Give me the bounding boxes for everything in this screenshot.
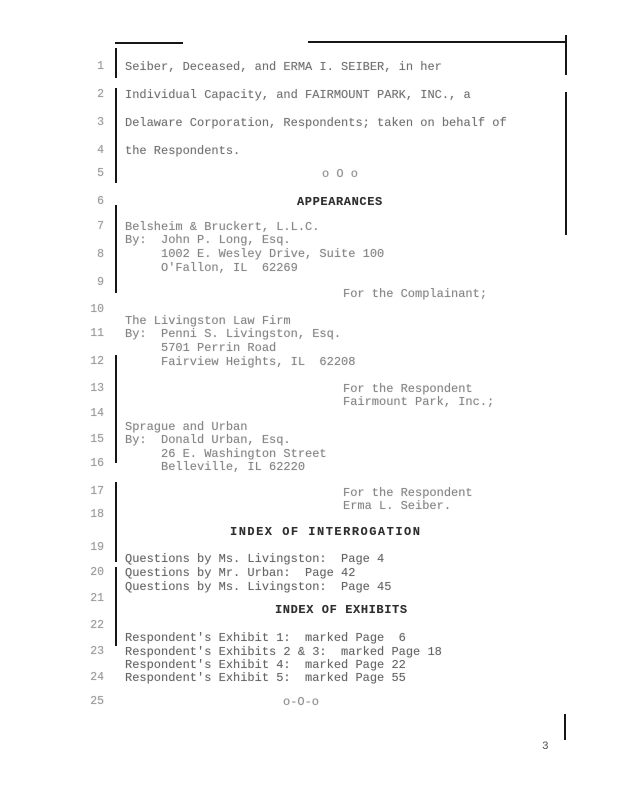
line-number: 19 (82, 542, 104, 554)
index-interrogation-heading: INDEX OF INTERROGATION (230, 526, 421, 538)
line-number: 13 (82, 383, 104, 395)
line-number: 20 (82, 567, 104, 579)
line-number: 7 (82, 221, 104, 233)
counsel-address: 26 E. Washington Street (125, 448, 327, 460)
counsel-address: Belleville, IL 62220 (125, 461, 305, 473)
counsel-address: 5701 Perrin Road (125, 342, 276, 354)
line-number: 15 (82, 434, 104, 446)
line-number: 6 (82, 196, 104, 208)
interrogation-entry: Questions by Ms. Livingston: Page 4 (125, 553, 384, 565)
right-border-rule-a (565, 35, 567, 75)
line-number: 4 (82, 145, 104, 157)
caption-line: the Respondents. (125, 145, 240, 157)
line-number: 3 (82, 117, 104, 129)
line-number: 23 (82, 646, 104, 658)
caption-line: Delaware Corporation, Respondents; taken… (125, 117, 507, 129)
counsel-firm: Sprague and Urban (125, 421, 247, 433)
left-margin-rule-c (115, 205, 117, 293)
counsel-representing: For the Respondent (343, 487, 473, 499)
index-exhibits-heading: INDEX OF EXHIBITS (275, 604, 408, 616)
caption-line: Seiber, Deceased, and ERMA I. SEIBER, in… (125, 61, 442, 73)
counsel-firm: Belsheim & Bruckert, L.L.C. (125, 221, 319, 233)
top-border-rule-right (308, 41, 565, 43)
counsel-attorney: By: Donald Urban, Esq. (125, 434, 291, 446)
line-number: 18 (82, 509, 104, 521)
line-number: 25 (82, 696, 104, 708)
line-number: 8 (82, 249, 104, 261)
exhibit-entry: Respondent's Exhibit 5: marked Page 55 (125, 672, 406, 684)
counsel-representing: Fairmount Park, Inc.; (343, 396, 494, 408)
line-number: 17 (82, 486, 104, 498)
transcript-page: 1 2 3 4 5 6 7 8 9 10 11 12 13 14 15 16 1… (0, 0, 618, 800)
line-number: 2 (82, 89, 104, 101)
counsel-address: O'Fallon, IL 62269 (125, 262, 298, 274)
interrogation-entry: Questions by Mr. Urban: Page 42 (125, 567, 355, 579)
right-border-rule-b (565, 92, 567, 235)
left-margin-rule-f (115, 567, 117, 646)
top-border-rule-left (115, 42, 183, 44)
counsel-representing: Erma L. Seiber. (343, 500, 451, 512)
counsel-attorney: By: Penni S. Livingston, Esq. (125, 328, 341, 340)
left-margin-rule-b (115, 88, 117, 183)
appearances-heading: APPEARANCES (297, 196, 383, 208)
left-margin-rule-a (115, 48, 117, 78)
left-margin-rule-d (115, 355, 117, 463)
counsel-representing: For the Respondent (343, 383, 473, 395)
line-number: 21 (82, 593, 104, 605)
counsel-firm: The Livingston Law Firm (125, 315, 291, 327)
end-separator: o-O-o (283, 696, 319, 708)
exhibit-entry: Respondent's Exhibit 4: marked Page 22 (125, 659, 406, 671)
line-number: 11 (82, 328, 104, 340)
counsel-address: Fairview Heights, IL 62208 (125, 356, 355, 368)
line-number: 5 (82, 168, 104, 180)
line-number: 12 (82, 356, 104, 368)
line-number: 22 (82, 620, 104, 632)
counsel-attorney: By: John P. Long, Esq. (125, 234, 291, 246)
page-number: 3 (542, 741, 549, 753)
left-margin-rule-e (115, 482, 117, 562)
line-number: 1 (82, 61, 104, 73)
exhibit-entry: Respondent's Exhibit 1: marked Page 6 (125, 632, 406, 644)
section-separator: o O o (322, 168, 358, 180)
caption-line: Individual Capacity, and FAIRMOUNT PARK,… (125, 89, 471, 101)
right-border-rule-c (564, 714, 566, 740)
line-number: 10 (82, 304, 104, 316)
line-number: 24 (82, 672, 104, 684)
line-number: 9 (82, 277, 104, 289)
line-number: 14 (82, 408, 104, 420)
interrogation-entry: Questions by Ms. Livingston: Page 45 (125, 581, 391, 593)
exhibit-entry: Respondent's Exhibits 2 & 3: marked Page… (125, 646, 442, 658)
counsel-representing: For the Complainant; (343, 288, 487, 300)
counsel-address: 1002 E. Wesley Drive, Suite 100 (125, 248, 384, 260)
line-number: 16 (82, 458, 104, 470)
